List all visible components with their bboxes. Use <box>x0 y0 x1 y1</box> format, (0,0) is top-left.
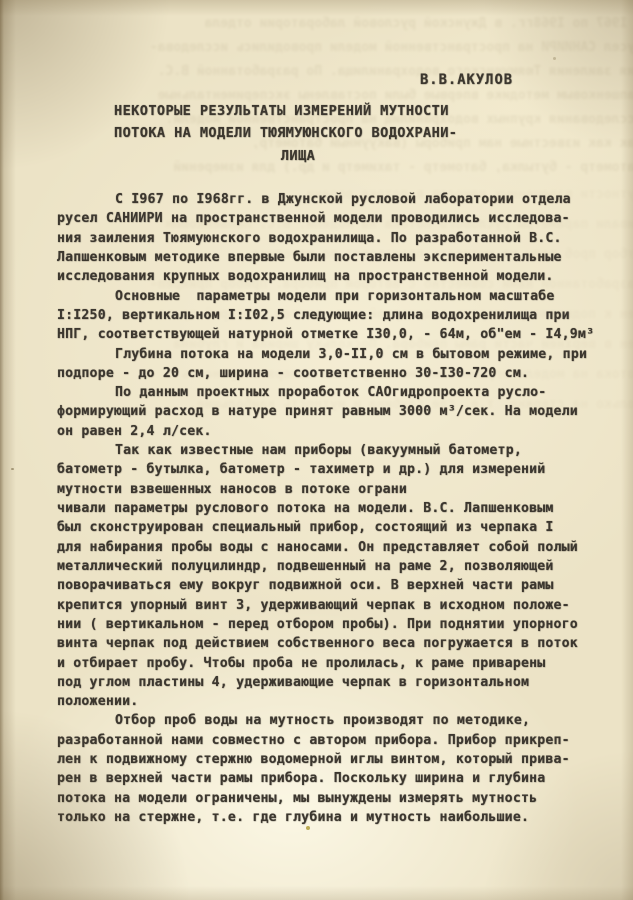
author-name: В.В.АКУЛОВ <box>420 72 513 88</box>
text-line: разработанной нами совместно с автором п… <box>57 731 605 750</box>
text-line: и отбирает пробу. Чтобы проба не пролила… <box>57 654 605 673</box>
text-line: Лапшенковым методике впервые были постав… <box>57 248 605 267</box>
text-line: формирующий расход в натуре принят равны… <box>57 402 605 421</box>
text-line: лен к подвижному стержню водомерной иглы… <box>57 750 605 769</box>
text-line: мутности взвешенных наносов в потоке огр… <box>57 480 605 499</box>
scanned-page: С I967 по I968гг. в Джунской русловой ла… <box>0 0 633 900</box>
text-line: для набирания пробы воды с наносами. Он … <box>57 538 605 557</box>
text-line: только на стержне, т.е. где глубина и му… <box>57 808 605 827</box>
document-body: С I967 по I968гг. в Джунской русловой ла… <box>57 190 605 827</box>
text-line: НПГ, соответствующей натурной отметке I3… <box>57 325 605 344</box>
title-line: НЕКОТОРЫЕ РЕЗУЛЬТАТЫ ИЗМЕРЕНИЙ МУТНОСТИ <box>114 100 482 122</box>
text-line: батометр - бутылка, батометр - тахиметр … <box>57 460 605 479</box>
text-line: Глубина потока на модели 3,0-II,0 см в б… <box>57 345 605 364</box>
text-line: крепится упорный винт 3, удерживающий че… <box>57 596 605 615</box>
text-line: Так как известные нам приборы (вакуумный… <box>57 441 605 460</box>
text-line: ния заиления Тюямуюнского водохранилища.… <box>57 229 605 248</box>
text-line: Основные параметры модели при горизонтал… <box>57 287 605 306</box>
text-line: подпоре - до 20 см, ширина - соответстве… <box>57 364 605 383</box>
text-line: I:I250, вертикальном I:I02,5 следующие: … <box>57 306 605 325</box>
text-line: По данным проектных проработок САОгидроп… <box>57 383 605 402</box>
title-line: ЛИЩА <box>114 145 482 167</box>
text-line: он равен 2,4 л/сек. <box>57 422 605 441</box>
text-line: положении. <box>57 692 605 711</box>
text-line: исследования крупных водохранилищ на про… <box>57 267 605 286</box>
text-line: винта черпак под действием собственного … <box>57 634 605 653</box>
ink-speck <box>306 826 310 830</box>
text-line: потока на модели ограничены, мы вынужден… <box>57 789 605 808</box>
ink-speck <box>553 57 556 60</box>
text-line: русел САНИИРИ на пространственной модели… <box>57 209 605 228</box>
title-line: ПОТОКА НА МОДЕЛИ ТЮЯМУЮНСКОГО ВОДОХРАНИ- <box>114 122 482 144</box>
text-line: металлический полуцилиндр, подвешенный н… <box>57 557 605 576</box>
document-title: НЕКОТОРЫЕ РЕЗУЛЬТАТЫ ИЗМЕРЕНИЙ МУТНОСТИП… <box>114 100 482 167</box>
text-line: нии ( вертикальном - перед отбором пробы… <box>57 615 605 634</box>
text-line: Отбор проб воды на мутность производят п… <box>57 711 605 730</box>
text-line: был сконструирован специальный прибор, с… <box>57 518 605 537</box>
text-line: рен в верхней части рамы прибора. Поскол… <box>57 769 605 788</box>
text-line: поворачиваться ему вокруг подвижной оси.… <box>57 576 605 595</box>
text-line: чивали параметры руслового потока на мод… <box>57 499 605 518</box>
text-line: С I967 по I968гг. в Джунской русловой ла… <box>57 190 605 209</box>
text-line: под углом пластины 4, удерживающие черпа… <box>57 673 605 692</box>
ink-speck <box>11 468 14 470</box>
